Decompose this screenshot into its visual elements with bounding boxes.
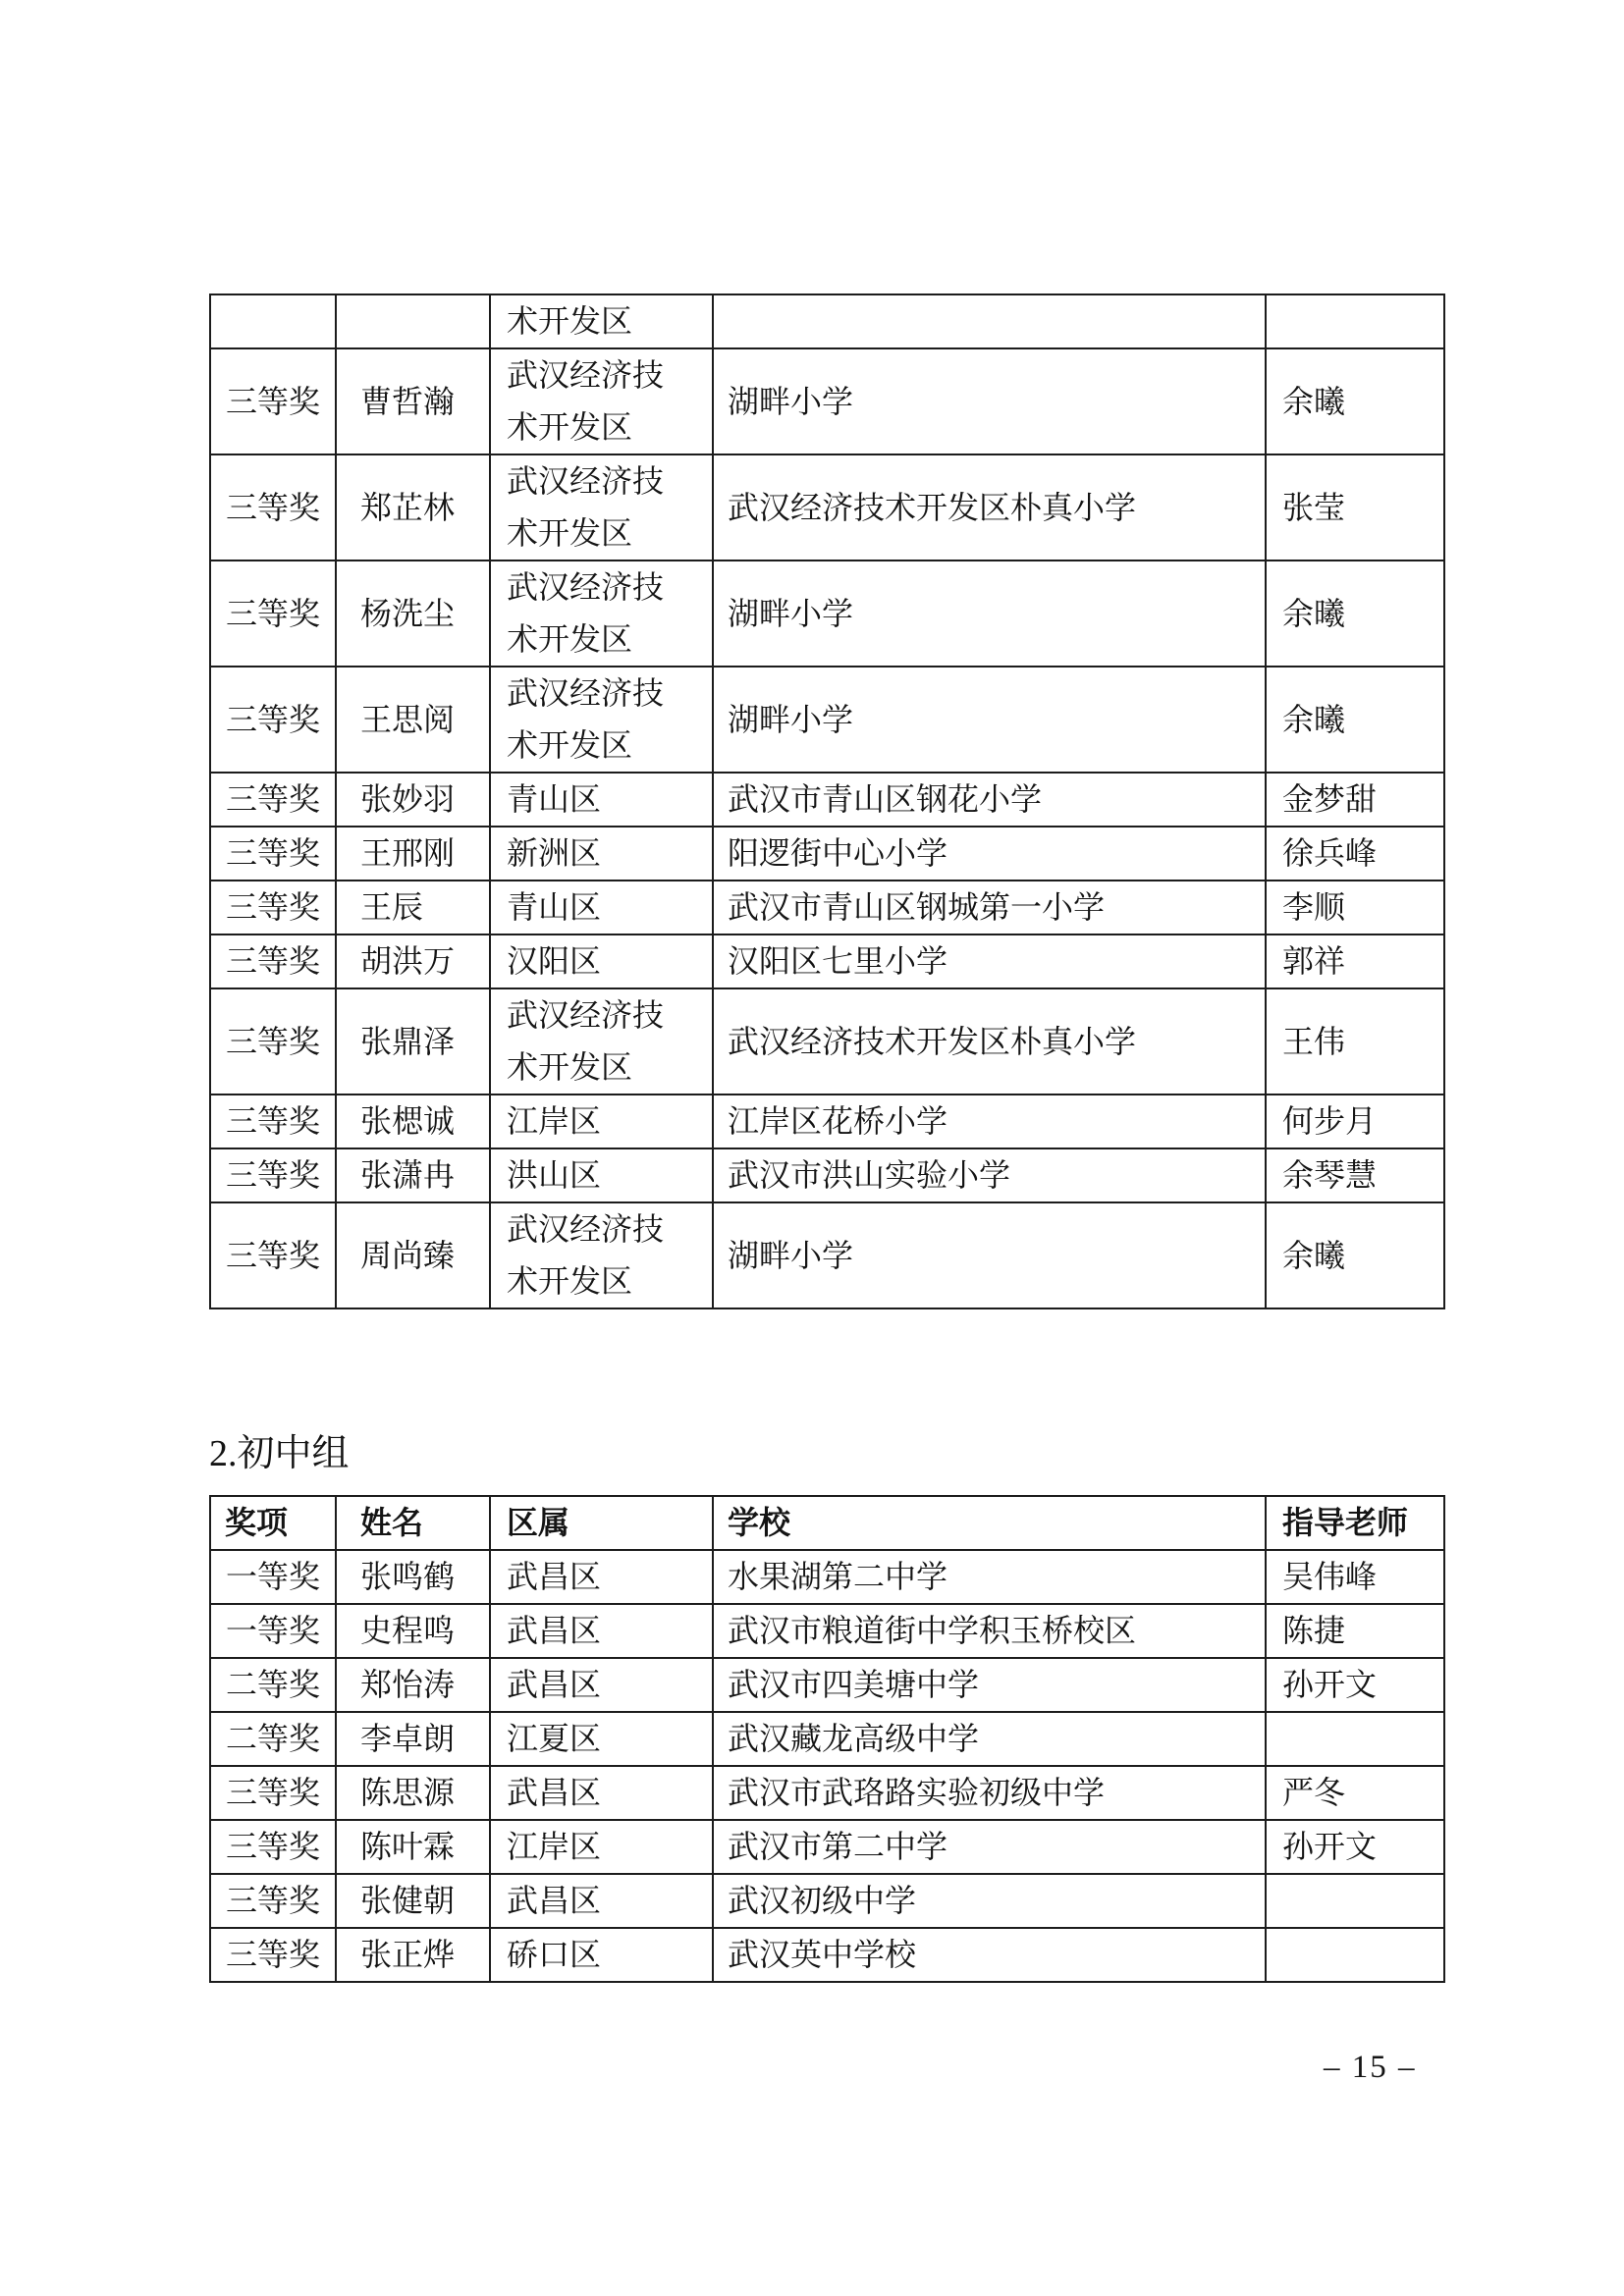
cell-name: 张鸣鹤 [336,1550,490,1604]
cell-district: 武昌区 [490,1658,713,1712]
cell-school: 武汉经济技术开发区朴真小学 [713,988,1266,1095]
cell-teacher: 王伟 [1266,988,1444,1095]
table-row: 二等奖李卓朗江夏区武汉藏龙高级中学 [210,1712,1444,1766]
table-row: 三等奖王辰青山区武汉市青山区钢城第一小学李顺 [210,881,1444,934]
cell-school: 湖畔小学 [713,561,1266,667]
cell-name: 张楒诚 [336,1095,490,1148]
cell-district: 武汉经济技术开发区 [490,667,713,773]
cell-school: 汉阳区七里小学 [713,934,1266,988]
cell-name: 郑怡涛 [336,1658,490,1712]
table-row: 术开发区 [210,294,1444,348]
cell-district: 武汉经济技术开发区 [490,988,713,1095]
cell-name [336,294,490,348]
cell-district: 新洲区 [490,827,713,881]
cell-school: 武汉藏龙高级中学 [713,1712,1266,1766]
table-row: 三等奖张楒诚江岸区江岸区花桥小学何步月 [210,1095,1444,1148]
section-heading-junior-high-group: 2.初中组 [209,1428,350,1479]
cell-teacher: 余曦 [1266,1202,1444,1308]
cell-award: 三等奖 [210,1874,336,1928]
cell-district: 武昌区 [490,1550,713,1604]
cell-award: 三等奖 [210,561,336,667]
document-page: 术开发区三等奖曹哲瀚武汉经济技术开发区湖畔小学余曦三等奖郑芷林武汉经济技术开发区… [0,0,1624,2296]
junior-high-awards-table: 奖项 姓名 区属 学校 指导老师 一等奖张鸣鹤武昌区水果湖第二中学吴伟峰一等奖史… [209,1495,1445,1983]
awards-table-continued: 术开发区三等奖曹哲瀚武汉经济技术开发区湖畔小学余曦三等奖郑芷林武汉经济技术开发区… [209,294,1445,1309]
cell-name: 陈叶霖 [336,1820,490,1874]
cell-teacher: 余曦 [1266,561,1444,667]
table-row: 二等奖郑怡涛武昌区武汉市四美塘中学孙开文 [210,1658,1444,1712]
table-row: 三等奖陈思源武昌区武汉市武珞路实验初级中学严冬 [210,1766,1444,1820]
cell-award: 三等奖 [210,934,336,988]
cell-school: 水果湖第二中学 [713,1550,1266,1604]
cell-name: 张妙羽 [336,773,490,827]
cell-district: 硚口区 [490,1928,713,1982]
cell-teacher: 李顺 [1266,881,1444,934]
cell-school: 武汉市青山区钢花小学 [713,773,1266,827]
cell-school: 武汉初级中学 [713,1874,1266,1928]
cell-district: 洪山区 [490,1148,713,1202]
cell-school: 武汉市第二中学 [713,1820,1266,1874]
cell-award: 一等奖 [210,1604,336,1658]
cell-school: 武汉英中学校 [713,1928,1266,1982]
cell-teacher: 严冬 [1266,1766,1444,1820]
cell-school: 湖畔小学 [713,348,1266,454]
cell-teacher: 金梦甜 [1266,773,1444,827]
cell-award: 二等奖 [210,1658,336,1712]
table-row: 三等奖张鼎泽武汉经济技术开发区武汉经济技术开发区朴真小学王伟 [210,988,1444,1095]
cell-teacher: 何步月 [1266,1095,1444,1148]
table-row: 三等奖陈叶霖江岸区武汉市第二中学孙开文 [210,1820,1444,1874]
cell-teacher: 张莹 [1266,454,1444,561]
cell-district: 武汉经济技术开发区 [490,348,713,454]
cell-teacher: 郭祥 [1266,934,1444,988]
cell-name: 王邢刚 [336,827,490,881]
table-header-row: 奖项 姓名 区属 学校 指导老师 [210,1496,1444,1550]
cell-name: 张正烨 [336,1928,490,1982]
cell-district: 武汉经济技术开发区 [490,1202,713,1308]
cell-name: 曹哲瀚 [336,348,490,454]
cell-school: 武汉市粮道街中学积玉桥校区 [713,1604,1266,1658]
cell-teacher [1266,1874,1444,1928]
cell-teacher: 余曦 [1266,667,1444,773]
table-row: 三等奖曹哲瀚武汉经济技术开发区湖畔小学余曦 [210,348,1444,454]
cell-name: 陈思源 [336,1766,490,1820]
cell-name: 张鼎泽 [336,988,490,1095]
cell-district: 武汉经济技术开发区 [490,561,713,667]
cell-name: 周尚臻 [336,1202,490,1308]
cell-district: 青山区 [490,881,713,934]
cell-district: 江岸区 [490,1095,713,1148]
table-row: 三等奖张健朝武昌区武汉初级中学 [210,1874,1444,1928]
cell-name: 郑芷林 [336,454,490,561]
cell-school: 湖畔小学 [713,667,1266,773]
cell-school: 武汉经济技术开发区朴真小学 [713,454,1266,561]
cell-school: 武汉市青山区钢城第一小学 [713,881,1266,934]
cell-district: 术开发区 [490,294,713,348]
cell-teacher: 孙开文 [1266,1658,1444,1712]
cell-award: 三等奖 [210,1148,336,1202]
cell-teacher: 孙开文 [1266,1820,1444,1874]
cell-name: 王思阅 [336,667,490,773]
cell-award: 三等奖 [210,1820,336,1874]
page-number: – 15 – [1324,2048,1417,2087]
cell-teacher: 吴伟峰 [1266,1550,1444,1604]
cell-name: 张潇冉 [336,1148,490,1202]
cell-award: 三等奖 [210,454,336,561]
cell-district: 武昌区 [490,1766,713,1820]
table-row: 三等奖王思阅武汉经济技术开发区湖畔小学余曦 [210,667,1444,773]
column-header-award: 奖项 [210,1496,336,1550]
table-row: 三等奖王邢刚新洲区阳逻街中心小学徐兵峰 [210,827,1444,881]
cell-name: 王辰 [336,881,490,934]
cell-district: 江岸区 [490,1820,713,1874]
cell-award: 三等奖 [210,773,336,827]
cell-district: 汉阳区 [490,934,713,988]
table-row: 三等奖胡洪万汉阳区汉阳区七里小学郭祥 [210,934,1444,988]
cell-teacher [1266,294,1444,348]
awards-table-continued-body: 术开发区三等奖曹哲瀚武汉经济技术开发区湖畔小学余曦三等奖郑芷林武汉经济技术开发区… [210,294,1444,1308]
cell-name: 李卓朗 [336,1712,490,1766]
cell-teacher: 余曦 [1266,348,1444,454]
cell-award: 三等奖 [210,1202,336,1308]
cell-district: 武昌区 [490,1874,713,1928]
table-row: 三等奖张潇冉洪山区武汉市洪山实验小学余琴慧 [210,1148,1444,1202]
table-row: 三等奖周尚臻武汉经济技术开发区湖畔小学余曦 [210,1202,1444,1308]
table-row: 三等奖张妙羽青山区武汉市青山区钢花小学金梦甜 [210,773,1444,827]
junior-high-awards-table-body: 一等奖张鸣鹤武昌区水果湖第二中学吴伟峰一等奖史程鸣武昌区武汉市粮道街中学积玉桥校… [210,1550,1444,1982]
cell-teacher: 徐兵峰 [1266,827,1444,881]
cell-school: 武汉市四美塘中学 [713,1658,1266,1712]
cell-district: 青山区 [490,773,713,827]
cell-teacher: 陈捷 [1266,1604,1444,1658]
cell-award: 三等奖 [210,1095,336,1148]
table-row: 三等奖郑芷林武汉经济技术开发区武汉经济技术开发区朴真小学张莹 [210,454,1444,561]
cell-award: 三等奖 [210,827,336,881]
cell-school: 武汉市武珞路实验初级中学 [713,1766,1266,1820]
cell-award: 一等奖 [210,1550,336,1604]
column-header-name: 姓名 [336,1496,490,1550]
cell-teacher: 余琴慧 [1266,1148,1444,1202]
cell-award: 三等奖 [210,988,336,1095]
table-row: 一等奖史程鸣武昌区武汉市粮道街中学积玉桥校区陈捷 [210,1604,1444,1658]
table-row: 三等奖杨洗尘武汉经济技术开发区湖畔小学余曦 [210,561,1444,667]
cell-name: 张健朝 [336,1874,490,1928]
cell-award: 二等奖 [210,1712,336,1766]
cell-award: 三等奖 [210,881,336,934]
cell-award: 三等奖 [210,667,336,773]
cell-name: 史程鸣 [336,1604,490,1658]
table-row: 一等奖张鸣鹤武昌区水果湖第二中学吴伟峰 [210,1550,1444,1604]
table-row: 三等奖张正烨硚口区武汉英中学校 [210,1928,1444,1982]
cell-school: 江岸区花桥小学 [713,1095,1266,1148]
cell-teacher [1266,1928,1444,1982]
cell-award: 三等奖 [210,1928,336,1982]
cell-school [713,294,1266,348]
cell-school: 武汉市洪山实验小学 [713,1148,1266,1202]
cell-award: 三等奖 [210,348,336,454]
cell-school: 阳逻街中心小学 [713,827,1266,881]
cell-district: 武汉经济技术开发区 [490,454,713,561]
cell-district: 江夏区 [490,1712,713,1766]
column-header-teacher: 指导老师 [1266,1496,1444,1550]
cell-school: 湖畔小学 [713,1202,1266,1308]
cell-name: 胡洪万 [336,934,490,988]
cell-teacher [1266,1712,1444,1766]
cell-district: 武昌区 [490,1604,713,1658]
cell-award [210,294,336,348]
cell-award: 三等奖 [210,1766,336,1820]
column-header-district: 区属 [490,1496,713,1550]
column-header-school: 学校 [713,1496,1266,1550]
cell-name: 杨洗尘 [336,561,490,667]
